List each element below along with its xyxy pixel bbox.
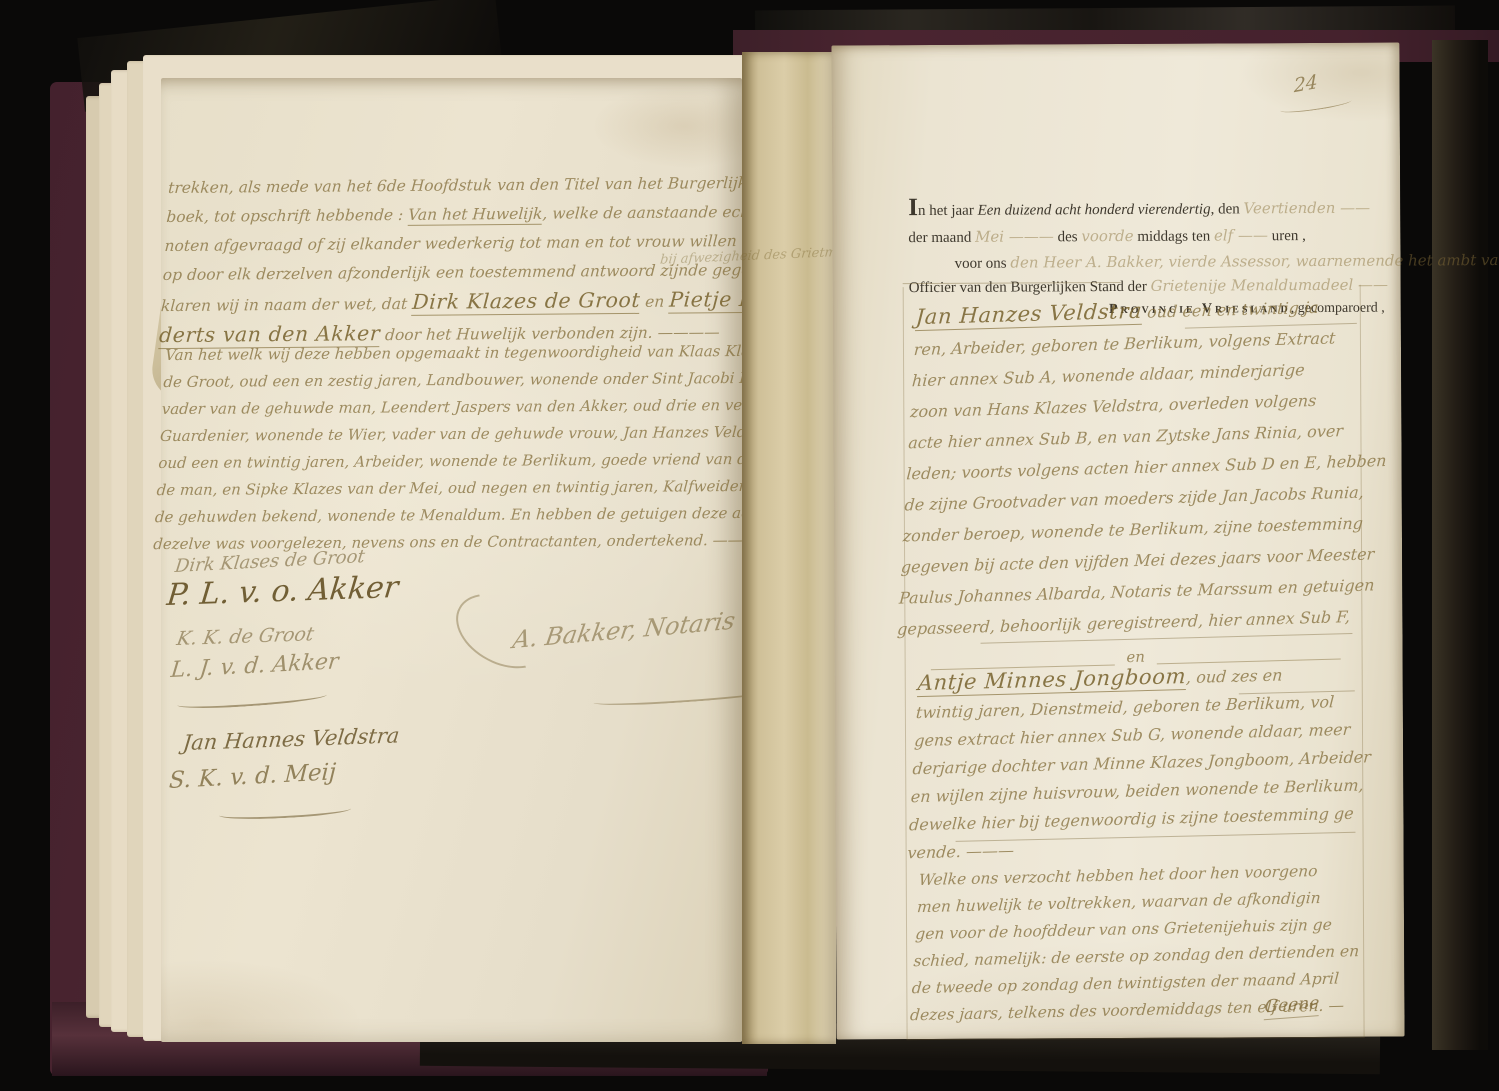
form-header-line-officer-name: voor ons den Heer A. Bakker, vierde Asse…: [908, 249, 1386, 277]
page-number-flourish: [1279, 96, 1352, 115]
signature-officiant: A. Bakker, Notaris: [511, 606, 737, 654]
page-number: 24: [1294, 71, 1318, 98]
left-page: trekken, als mede van het 6de Hoofdstuk …: [161, 78, 742, 1042]
marriage-pronouncement-paragraph: trekken, als mede van het 6de Hoofdstuk …: [158, 169, 741, 352]
signature-witness-3: Jan Hannes Veldstra: [182, 723, 401, 755]
form-header-line-date: der maand Mei ——— des voorde middags ten…: [908, 222, 1386, 252]
bride-paragraph: Antje Minnes Jongboom, oud zes entwintig…: [907, 658, 1357, 868]
binding-gutter: [742, 52, 836, 1044]
witnesses-paragraph: Van het welk wij deze hebben opgemaakt i…: [152, 338, 741, 558]
signature-witness-1: K. K. de Groot: [175, 623, 316, 650]
signature-flourish: [219, 803, 351, 822]
signature-bride: P. L. v. o. Akker: [165, 570, 400, 613]
archival-book-scan: trekken, als mede van het 6de Hoofdstuk …: [0, 0, 1499, 1091]
signature-flourish: [177, 689, 327, 711]
signature-witness-2: L. J. v. d. Akker: [170, 649, 340, 683]
catchword: Geene: [1264, 993, 1320, 1020]
book-cover-right-edge: [1432, 40, 1488, 1050]
form-header-line-year: In het jaar Een duizend acht honderd vie…: [908, 193, 1386, 225]
signature-witness-4: S. K. v. d. Meij: [168, 759, 336, 794]
right-page: 24 In het jaar Een duizend acht honderd …: [831, 43, 1404, 1040]
groom-paragraph: Jan Hanzes Veldstra oud een en twintig j…: [896, 289, 1354, 645]
